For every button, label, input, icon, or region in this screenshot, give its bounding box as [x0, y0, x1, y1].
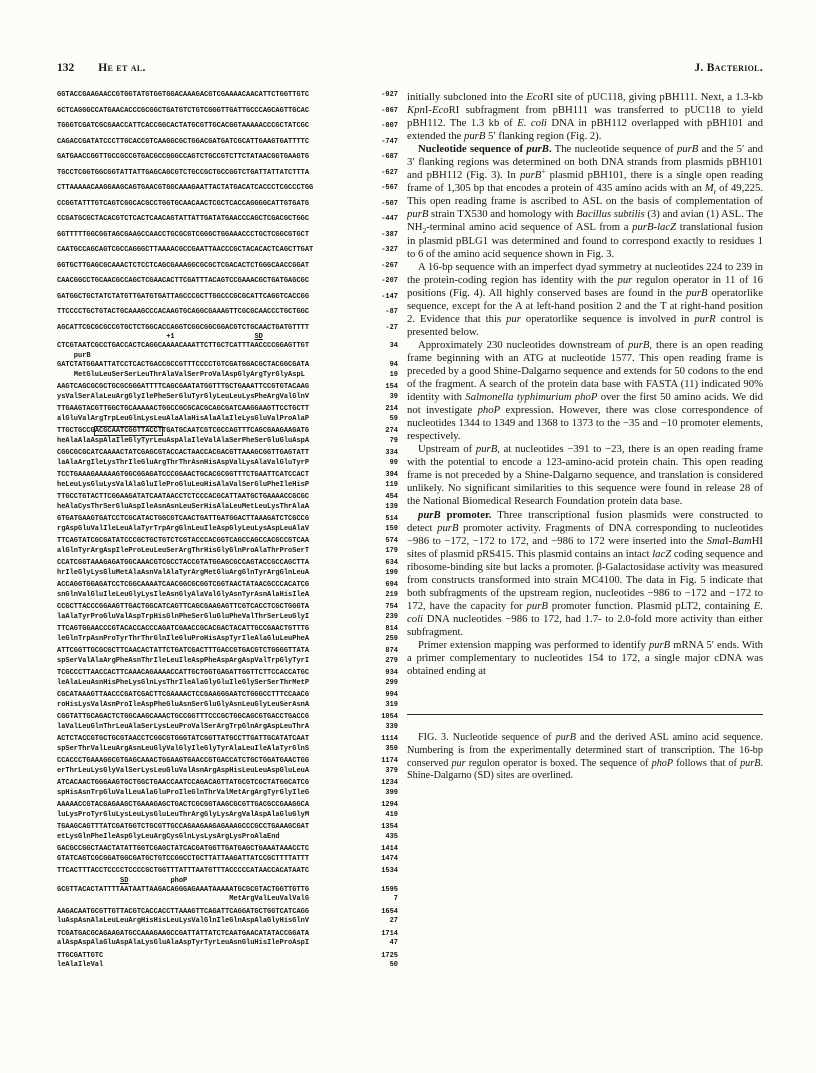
nucleotide-sequence-row: TGGGTCGATCGCGAACCATTCACCGGCACTATGCGTTGCA…	[57, 122, 398, 131]
sequence-text: GATGGCTGCTATCTATGTTGATGTGATTAGCCCGCTTGGC…	[57, 293, 309, 302]
position-number: 319	[385, 701, 398, 710]
nucleotide-sequence-row: CGGCGCGCATCAAAACTATCGAGCGTACCACTAACCACGA…	[57, 449, 398, 458]
sequence-text: TTCAGTATCGCGATATCCCGCTGCTGTCTCGTACCCACGG…	[57, 537, 309, 546]
amino-acid-row: erThrLeuLysGlyValSerLysLeuGluValAsnArgAs…	[57, 767, 398, 776]
position-number: 119	[385, 481, 398, 490]
position-number: -567	[381, 184, 398, 193]
position-number: 139	[385, 503, 398, 512]
sequence-text: CTCGTAATCGCCTGACCACTCAGGCAAAACAAATTCTTGC…	[57, 342, 309, 351]
nucleotide-sequence-row: CAATGCCAGCAGTCGCCAGGGCTTAAAACGCCGAATTAAC…	[57, 246, 398, 255]
nucleotide-sequence-row: TTGAAGTACGTTGGCTGCAAAAACTGGCCGCGCACGCAGC…	[57, 405, 398, 414]
nucleotide-sequence-row: AAAAACCGTACGAGAAGCTGAAAGAGCTGACTCGCGGTAA…	[57, 801, 398, 810]
nucleotide-sequence-row: TGAAGCAGTTTATCGATGGTCTGCGTTGCCAGAAGAAGAG…	[57, 823, 398, 832]
sequence-text: etLysGlnPheIleAspGlyLeuArgCysGlnLysLysAr…	[57, 833, 280, 842]
position-number: 1534	[381, 867, 398, 876]
sequence-text: alAspAspAlaGluAspAlaLysGluAlaAspTyrTyrLe…	[57, 939, 309, 948]
position-number: 259	[385, 635, 398, 644]
amino-acid-row: spSerThrValLeuArgAsnLeuGlyValGlyIleGlyTy…	[57, 745, 398, 754]
nucleotide-sequence-row: TTCAGTATCGCGATATCCCGCTGCTGTCTCGTACCCACGG…	[57, 537, 398, 546]
amino-acid-row: MetArgValLeuValValG7	[57, 895, 398, 904]
nucleotide-sequence-row: AAGACAATGCGTTGTTACGTCACCACCTTAAAGTTCAGAT…	[57, 908, 398, 917]
position-number: 1714	[381, 930, 398, 939]
nucleotide-sequence-row: TCGCCCTTAACCACTTCAAACAGAAAACCATTGCTGGTGA…	[57, 669, 398, 678]
nucleotide-sequence-row: AGCATTCGCGCGCCGTGCTCTGGCACCAGGTCGGCGGCGG…	[57, 324, 398, 333]
position-number: 379	[385, 767, 398, 776]
amino-acid-row: leAlaIleVal50	[57, 961, 398, 970]
paragraph: Primer extension mapping was performed t…	[407, 639, 763, 678]
nucleotide-sequence-row: ACCAGGTGGAGATCCTCGGCAAAATCAACGGCGCGGTCGG…	[57, 581, 398, 590]
sequence-text: laValLeuGlnThrLeuAlaSerLysLeuProValSerAr…	[57, 723, 309, 732]
nucleotide-sequence-row: TTCACTTTACCTCCCCTCCCCGCTGGTTTATTTAATGTTT…	[57, 867, 398, 876]
position-number: 239	[385, 613, 398, 622]
nucleotide-sequence-row: ATTCGGTTGCGCGCTTCAACACTATTCTGATCGACTTTGA…	[57, 647, 398, 656]
sequence-text: TGCCTCGGTGGCGGTATTATTGAGCAGCGTCTGCCGCTGC…	[57, 169, 309, 178]
amino-acid-row: spHisAsnTrpGluValLeuAlaGluProIleGlnThrVa…	[57, 789, 398, 798]
nucleotide-sequence-row: CCGATGCGCTACACGTCTCACTCAACAGTATTATTGATAT…	[57, 215, 398, 224]
sequence-text: purB	[57, 352, 91, 361]
nucleotide-sequence-row: GATCTATGGAATTATCCTCACTGACCGCCGTTTCCCCTGT…	[57, 361, 398, 370]
sequence-text: ACTCTACCGTGCTGCGTAACCTCGGCGTGGGTATCGGTTA…	[57, 735, 309, 744]
sequence-text: ysValSerAlaLeuArgGlyIlePheSerGluTyrGlyLe…	[57, 393, 309, 402]
position-number: 1595	[381, 886, 398, 895]
nucleotide-sequence-row: CCGGTATTTGTCAGTCGGCACGCCTGGTGCAACAACTCGC…	[57, 200, 398, 209]
position-number: 274	[385, 427, 398, 436]
amino-acid-row: ysValSerAlaLeuArgGlyIlePheSerGluTyrGlyLe…	[57, 393, 398, 402]
sequence-text: TTGAAGTACGTTGGCTGCAAAAACTGGCCGCGCACGCAGC…	[57, 405, 309, 414]
position-number: 1174	[381, 757, 398, 766]
position-number: 94	[390, 361, 398, 370]
amino-acid-row: alAspAspAlaGluAspAlaLysGluAlaAspTyrTyrLe…	[57, 939, 398, 948]
sequence-text: SD phoP	[57, 877, 187, 886]
sequence-text: CCGATGCGCTACACGTCTCACTCAACAGTATTATTGATAT…	[57, 215, 309, 224]
sequence-text: TCGATGACGCAGAAGATGCCAAAGAAGCCGATTATTATCT…	[57, 930, 309, 939]
pur-operator-box: ACGCAATCGGTTACCT	[95, 427, 162, 435]
shine-dalgarno-label: SD	[254, 333, 262, 341]
sequence-text: AAGACAATGCGTTGTTACGTCACCACCTTAAAGTTCAGAT…	[57, 908, 309, 917]
position-number: 19	[390, 371, 398, 380]
position-number: -507	[381, 200, 398, 209]
paragraph: Nucleotide sequence of purB. The nucleot…	[407, 143, 763, 260]
sequence-text: CTTAAAAACAAGGAAGCAGTGAACGTGGCAAAGAATTACT…	[57, 184, 313, 193]
amino-acid-row: MetGluLeuSerSerLeuThrAlaValSerProValAspG…	[57, 371, 398, 380]
position-number: -627	[381, 169, 398, 178]
sequence-text: MetArgValLeuValValG	[57, 895, 309, 904]
sequence-text: GTGATGAAGTGATCCTCGCATACTGGCGTCAACTGATTGA…	[57, 515, 309, 524]
position-number: 1474	[381, 855, 398, 864]
position-number: 454	[385, 493, 398, 502]
position-number: 754	[385, 603, 398, 612]
position-number: 199	[385, 569, 398, 578]
position-number: 34	[390, 342, 398, 351]
nucleotide-sequence-row: GGTTTTTGGCGGTAGCGAAGCCAACCTGCGCGTCGGGCTG…	[57, 231, 398, 240]
position-number: 1725	[381, 952, 398, 961]
sequence-text: luLysProTyrGluLysLeuLysGluLeuThrArgGlyLy…	[57, 811, 309, 820]
sequence-text: roHisLysValAsnProIleAspPheGluAsnSerGluGl…	[57, 701, 309, 710]
sequence-text: TTGCGATTGTC	[57, 952, 103, 961]
journal-name: J. Bacteriol.	[694, 62, 763, 74]
nucleotide-sequence-row: CAACGGCCTGCAACGCCAGCTCGAACACTTCGATTTACAG…	[57, 277, 398, 286]
sequence-text: CAGACCGATATCCCTTGCACCGTCAAGGCGCTGGACGATG…	[57, 138, 309, 147]
amino-acid-row: heAlaCysThrSerGluAspIleAsnAsnLeuSerHisAl…	[57, 503, 398, 512]
sequence-text: GGTACCGAAGAACCGTGGTATGTGGTGGACAAAGACGTCG…	[57, 91, 309, 100]
sequence-text: AGCATTCGCGCGCCGTGCTCTGGCACCAGGTCGGCGGCGG…	[57, 324, 309, 333]
nucleotide-sequence-row: GCTCAGGGCCATGAACACCCGCGGCTGATGTCTGTCGGGT…	[57, 107, 398, 116]
position-number: -927	[381, 91, 398, 100]
position-number: 634	[385, 559, 398, 568]
sequence-text: TGAAGCAGTTTATCGATGGTCTGCGTTGCCAGAAGAAGAG…	[57, 823, 309, 832]
page-header: 132 He et al. J. Bacteriol.	[57, 62, 763, 74]
amino-acid-row: leGlnTrpAsnProTyrThrThrGlnIleGluProHisAs…	[57, 635, 398, 644]
sequence-text: laAlaArgIleLysThrIleGluArgThrThrAsnHisAs…	[57, 459, 309, 468]
amino-acid-row: laValLeuGlnThrLeuAlaSerLysLeuProValSerAr…	[57, 723, 398, 732]
position-number: 399	[385, 789, 398, 798]
position-number: 159	[385, 525, 398, 534]
position-number: 39	[390, 393, 398, 402]
position-number: 79	[390, 437, 398, 446]
position-number: 214	[385, 405, 398, 414]
sequence-text: leAlaIleVal	[57, 961, 103, 970]
sequence-text: CCGCTTACCCGGAAGTTGACTGGCATCAGTTCAGCGAAGA…	[57, 603, 309, 612]
position-number: 435	[385, 833, 398, 842]
paragraph: A 16-bp sequence with an imperfect dyad …	[407, 261, 763, 339]
nucleotide-sequence-row: TGCCTCGGTGGCGGTATTATTGAGCAGCGTCTGCCGCTGC…	[57, 169, 398, 178]
position-number: 27	[390, 917, 398, 926]
nucleotide-sequence-row: CGGTATTGCAGACTCTGGCAAGCAAACTGCCGGTTTCCCG…	[57, 713, 398, 722]
sequence-text: heLeuLysGluLysValAlaGluIleProGluLeuHisAl…	[57, 481, 309, 490]
nucleotide-sequence-row: TTGCGATTGTC1725	[57, 952, 398, 961]
paragraph: initially subcloned into the EcoRI site …	[407, 91, 763, 143]
position-number: 419	[385, 811, 398, 820]
amino-acid-row: alGlnTyrArgAspIleProLeuLeuSerArgThrHisGl…	[57, 547, 398, 556]
position-number: -747	[381, 138, 398, 147]
journal-page: 132 He et al. J. Bacteriol. GGTACCGAAGAA…	[0, 0, 816, 1073]
position-number: 1234	[381, 779, 398, 788]
sequence-text: spSerValAlaArgPheAsnThrIleLeuIleAspPheAs…	[57, 657, 309, 666]
amino-acid-row: snGlnValGluIleLeuGlyLysIleAsnGlyAlaValGl…	[57, 591, 398, 600]
position-number: 219	[385, 591, 398, 600]
paragraph: Upstream of purB, at nucleotides −391 to…	[407, 443, 763, 508]
nucleotide-sequence-row: TTCAGTGGAACCCGTACACCACCCAGATCGAACCGCACGA…	[57, 625, 398, 634]
position-number: 299	[385, 679, 398, 688]
position-number: -27	[385, 324, 398, 333]
article-text: initially subcloned into the EcoRI site …	[407, 91, 763, 678]
position-number: 279	[385, 657, 398, 666]
sequence-text: leAlaLeuAsnHisPheLysGlnLysThrIleAlaGlyGl…	[57, 679, 309, 688]
position-number: 47	[390, 939, 398, 948]
sequence-text: MetGluLeuSerSerLeuThrAlaValSerProValAspG…	[57, 371, 305, 380]
nucleotide-sequence-row: GTGATGAAGTGATCCTCGCATACTGGCGTCAACTGATTGA…	[57, 515, 398, 524]
sequence-text: TTGCTGCCGACGCAATCGGTTACCTTGATGCAATCGTCGC…	[57, 427, 309, 436]
sequence-text: laAlaTyrProGluValAspTrpHisGlnPheSerGluGl…	[57, 613, 309, 622]
amino-acid-row: hrIleGlyLysGluMetAlaAsnValAlaTyrArgMetGl…	[57, 569, 398, 578]
amino-acid-row: alGluValArgTrpLeuGlnLysLeuAlaAlaHisAlaAl…	[57, 415, 398, 424]
position-number: 50	[390, 961, 398, 970]
annotation-row: +1 SD	[57, 333, 398, 342]
position-number: -387	[381, 231, 398, 240]
position-number: -207	[381, 277, 398, 286]
position-number: 1114	[381, 735, 398, 744]
amino-acid-row: luLysProTyrGluLysLeuLysGluLeuThrArgGlyLy…	[57, 811, 398, 820]
sequence-text: TTCAGTGGAACCCGTACACCACCCAGATCGAACCGCACGA…	[57, 625, 309, 634]
sequence-text: CGGTATTGCAGACTCTGGCAAGCAAACTGCCGGTTTCCCG…	[57, 713, 309, 722]
position-number: -867	[381, 107, 398, 116]
sequence-text: TTGCCTGTACTTCGGAAGATATCAATAACCTCTCCCACGC…	[57, 493, 309, 502]
position-number: -87	[385, 308, 398, 317]
sequence-text: AAAAACCGTACGAGAAGCTGAAAGAGCTGACTCGCGGTAA…	[57, 801, 309, 810]
sequence-text: TGGGTCGATCGCGAACCATTCACCGGCACTATGCGTTGCA…	[57, 122, 309, 131]
sequence-text: +1 SD	[57, 333, 263, 342]
two-column-layout: GGTACCGAAGAACCGTGGTATGTGGTGGACAAAGACGTCG…	[57, 91, 763, 971]
sequence-text: leGlnTrpAsnProTyrThrThrGlnIleGluProHisAs…	[57, 635, 309, 644]
sequence-text: CCATCGGTAAAGAGATGGCAAACGTCGCCTACCGTATGGA…	[57, 559, 309, 568]
nucleotide-sequence-row: GATGGCTGCTATCTATGTTGATGTGATTAGCCCGCTTGGC…	[57, 293, 398, 302]
position-number: 1054	[381, 713, 398, 722]
sequence-text: GCGTTACACTATTTTAATAATTAAGACAGGGAGAAATAAA…	[57, 886, 309, 895]
position-number: 1654	[381, 908, 398, 917]
nucleotide-sequence-row: GGTGCTTGAGCGCAAACTCTCCTCAGCGAAAGGCGCGCTC…	[57, 262, 398, 271]
amino-acid-row: laAlaTyrProGluValAspTrpHisGlnPheSerGluGl…	[57, 613, 398, 622]
sequence-text: CAACGGCCTGCAACGCCAGCTCGAACACTTCGATTTACAG…	[57, 277, 309, 286]
nucleotide-sequence-row: CTCGTAATCGCCTGACCACTCAGGCAAAACAAATTCTTGC…	[57, 342, 398, 351]
sequence-text: snGlnValGluIleLeuGlyLysIleAsnGlyAlaValGl…	[57, 591, 309, 600]
sequence-text: CCACCCTGAAAGGCGTGAGCAAACTGGAAGTGAACCGTGA…	[57, 757, 309, 766]
sequence-text: GGTGCTTGAGCGCAAACTCTCCTCAGCGAAAGGCGCGCTC…	[57, 262, 309, 271]
sequence-text: alGluValArgTrpLeuGlnLysLeuAlaAlaHisAlaAl…	[57, 415, 309, 424]
position-number: 1294	[381, 801, 398, 810]
sequence-text: TTCCCCTGCTGTACTGCAAAGCCCACAAGTGCAGGCGAAA…	[57, 308, 309, 317]
position-number: 934	[385, 669, 398, 678]
sequence-text: heAlaAlaAspAlaIleGlyTyrLeuAspAlaIleValAl…	[57, 437, 309, 446]
sequence-text: luAspAsnAlaLeuLeuArgHisHisLeuLysValGlnIl…	[57, 917, 309, 926]
nucleotide-sequence-row: AAGTCAGCGCGCTGCGCGGGATTTTCAGCGAATATGGTTT…	[57, 383, 398, 392]
amino-acid-row: etLysGlnPheIleAspGlyLeuArgCysGlnLysLysAr…	[57, 833, 398, 842]
right-column: initially subcloned into the EcoRI site …	[407, 91, 763, 971]
running-title: He et al.	[98, 62, 145, 74]
position-number: -807	[381, 122, 398, 131]
nucleotide-sequence-row: GTATCAGTCGCGGATGGCGATGCTGTCCGGCCTGCTTATT…	[57, 855, 398, 864]
sequence-text: erThrLeuLysGlyValSerLysLeuGluValAsnArgAs…	[57, 767, 309, 776]
sequence-text: ATTCGGTTGCGCGCTTCAACACTATTCTGATCGACTTTGA…	[57, 647, 309, 656]
sequence-text: AAGTCAGCGCGCTGCGCGGGATTTTCAGCGAATATGGTTT…	[57, 383, 309, 392]
page-number: 132	[57, 62, 74, 74]
amino-acid-row: heLeuLysGluLysValAlaGluIleProGluLeuHisAl…	[57, 481, 398, 490]
sequence-text: TTCACTTTACCTCCCCTCCCCGCTGGTTTATTTAATGTTT…	[57, 867, 309, 876]
sequence-text: TCGCCCTTAACCACTTCAAACAGAAAACCATTGCTGGTGA…	[57, 669, 309, 678]
nucleotide-sequence-row: ATCACAACTGGGAAGTGCTGGCTGAACCAATCCAGACAGT…	[57, 779, 398, 788]
figure-caption: FIG. 3. Nucleotide sequence of purB and …	[407, 732, 763, 783]
nucleotide-sequence-row: CGCATAAAGTTAACCCGATCGACTTCGAAAACTCCGAAGG…	[57, 691, 398, 700]
nucleotide-sequence-row: CCATCGGTAAAGAGATGGCAAACGTCGCCTACCGTATGGA…	[57, 559, 398, 568]
position-number: -687	[381, 153, 398, 162]
sequence-text: alGlnTyrArgAspIleProLeuLeuSerArgThrHisGl…	[57, 547, 309, 556]
position-number: 7	[394, 895, 398, 904]
position-number: -147	[381, 293, 398, 302]
sequence-text: spSerThrValLeuArgAsnLeuGlyValGlyIleGlyTy…	[57, 745, 309, 754]
nucleotide-sequence-row: CCACCCTGAAAGGCGTGAGCAAACTGGAAGTGAACCGTGA…	[57, 757, 398, 766]
position-number: 1354	[381, 823, 398, 832]
position-number: 1414	[381, 845, 398, 854]
amino-acid-row: spSerValAlaArgPheAsnThrIleLeuIleAspPheAs…	[57, 657, 398, 666]
position-number: 994	[385, 691, 398, 700]
annotation-row: purB	[57, 352, 398, 361]
nucleotide-sequence-row: ACTCTACCGTGCTGCGTAACCTCGGCGTGGGTATCGGTTA…	[57, 735, 398, 744]
nucleotide-sequence-row: TTGCCTGTACTTCGGAAGATATCAATAACCTCTCCCACGC…	[57, 493, 398, 502]
annotation-row: SD phoP	[57, 877, 398, 886]
nucleotide-sequence-row: GGTACCGAAGAACCGTGGTATGTGGTGGACAAAGACGTCG…	[57, 91, 398, 100]
position-number: 339	[385, 723, 398, 732]
nucleotide-sequence-row: CTTAAAAACAAGGAAGCAGTGAACGTGGCAAAGAATTACT…	[57, 184, 398, 193]
sequence-text: spHisAsnTrpGluValLeuAlaGluProIleGlnThrVa…	[57, 789, 309, 798]
position-number: 814	[385, 625, 398, 634]
position-number: -327	[381, 246, 398, 255]
sequence-text: GATGAACCGGTTGCCGCCGTGACGCCGGGCCAGTCTGCCG…	[57, 153, 309, 162]
amino-acid-row: rgAspGluValIleLeuAlaTyrTrpArgGlnLeuIleAs…	[57, 525, 398, 534]
amino-acid-row: roHisLysValAsnProIleAspPheGluAsnSerGluGl…	[57, 701, 398, 710]
position-number: 574	[385, 537, 398, 546]
amino-acid-row: laAlaArgIleLysThrIleGluArgThrThrAsnHisAs…	[57, 459, 398, 468]
position-number: -267	[381, 262, 398, 271]
sequence-text: TCCTGAAAGAAAAAGTGGCGGAGATCCCGGAACTGCACGC…	[57, 471, 309, 480]
nucleotide-sequence-row: GCGTTACACTATTTTAATAATTAAGACAGGGAGAAATAAA…	[57, 886, 398, 895]
position-number: 359	[385, 745, 398, 754]
nucleotide-sequence-row: GATGAACCGGTTGCCGCCGTGACGCCGGGCCAGTCTGCCG…	[57, 153, 398, 162]
sequence-text: CAATGCCAGCAGTCGCCAGGGCTTAAAACGCCGAATTAAC…	[57, 246, 313, 255]
position-number: 179	[385, 547, 398, 556]
sequence-text: hrIleGlyLysGluMetAlaAsnValAlaTyrArgMetGl…	[57, 569, 309, 578]
amino-acid-row: leAlaLeuAsnHisPheLysGlnLysThrIleAlaGlyGl…	[57, 679, 398, 688]
amino-acid-row: luAspAsnAlaLeuLeuArgHisHisLeuLysValGlnIl…	[57, 917, 398, 926]
position-number: 334	[385, 449, 398, 458]
sequence-text: CCGGTATTTGTCAGTCGGCACGCCTGGTGCAACAACTCGC…	[57, 200, 309, 209]
nucleotide-sequence-row: TTCCCCTGCTGTACTGCAAAGCCCACAAGTGCAGGCGAAA…	[57, 308, 398, 317]
sequence-text: ATCACAACTGGGAAGTGCTGGCTGAACCAATCCAGACAGT…	[57, 779, 309, 788]
caption-divider	[407, 714, 763, 715]
figure-3-sequence: GGTACCGAAGAACCGTGGTATGTGGTGGACAAAGACGTCG…	[57, 91, 398, 971]
sequence-text: GATCTATGGAATTATCCTCACTGACCGCCGTTTCCCCTGT…	[57, 361, 309, 370]
nucleotide-sequence-row: CCGCTTACCCGGAAGTTGACTGGCATCAGTTCAGCGAAGA…	[57, 603, 398, 612]
sequence-text: GACGCCGGCTAACTATATTGGTCGAGCTATCACGATGGTT…	[57, 845, 309, 854]
nucleotide-sequence-row: TCCTGAAAGAAAAAGTGGCGGAGATCCCGGAACTGCACGC…	[57, 471, 398, 480]
position-number: -447	[381, 215, 398, 224]
sequence-text: GCTCAGGGCCATGAACACCCGCGGCTGATGTCTGTCGGGT…	[57, 107, 309, 116]
sequence-text: heAlaCysThrSerGluAspIleAsnAsnLeuSerHisAl…	[57, 503, 309, 512]
position-number: 154	[385, 383, 398, 392]
nucleotide-sequence-row: TCGATGACGCAGAAGATGCCAAAGAAGCCGATTATTATCT…	[57, 930, 398, 939]
position-number: 99	[390, 459, 398, 468]
amino-acid-row: heAlaAlaAspAlaIleGlyTyrLeuAspAlaIleValAl…	[57, 437, 398, 446]
sequence-text: GTATCAGTCGCGGATGGCGATGCTGTCCGGCCTGCTTATT…	[57, 855, 309, 864]
position-number: 694	[385, 581, 398, 590]
paragraph: Approximately 230 nucleotides downstream…	[407, 339, 763, 443]
position-number: 874	[385, 647, 398, 656]
position-number: 59	[390, 415, 398, 424]
sequence-text: ACCAGGTGGAGATCCTCGGCAAAATCAACGGCGCGGTCGG…	[57, 581, 309, 590]
sequence-text: CGGCGCGCATCAAAACTATCGAGCGTACCACTAACCACGA…	[57, 449, 309, 458]
position-number: 514	[385, 515, 398, 524]
position-number: 394	[385, 471, 398, 480]
sequence-text: GGTTTTTGGCGGTAGCGAAGCCAACCTGCGCGTCGGGCTG…	[57, 231, 309, 240]
sequence-text: CGCATAAAGTTAACCCGATCGACTTCGAAAACTCCGAAGG…	[57, 691, 309, 700]
sequence-text: rgAspGluValIleLeuAlaTyrTrpArgGlnLeuIleAs…	[57, 525, 309, 534]
nucleotide-sequence-row: CAGACCGATATCCCTTGCACCGTCAAGGCGCTGGACGATG…	[57, 138, 398, 147]
nucleotide-sequence-row: TTGCTGCCGACGCAATCGGTTACCTTGATGCAATCGTCGC…	[57, 427, 398, 436]
paragraph: purB promoter. Three transcriptional fus…	[407, 509, 763, 639]
nucleotide-sequence-row: GACGCCGGCTAACTATATTGGTCGAGCTATCACGATGGTT…	[57, 845, 398, 854]
